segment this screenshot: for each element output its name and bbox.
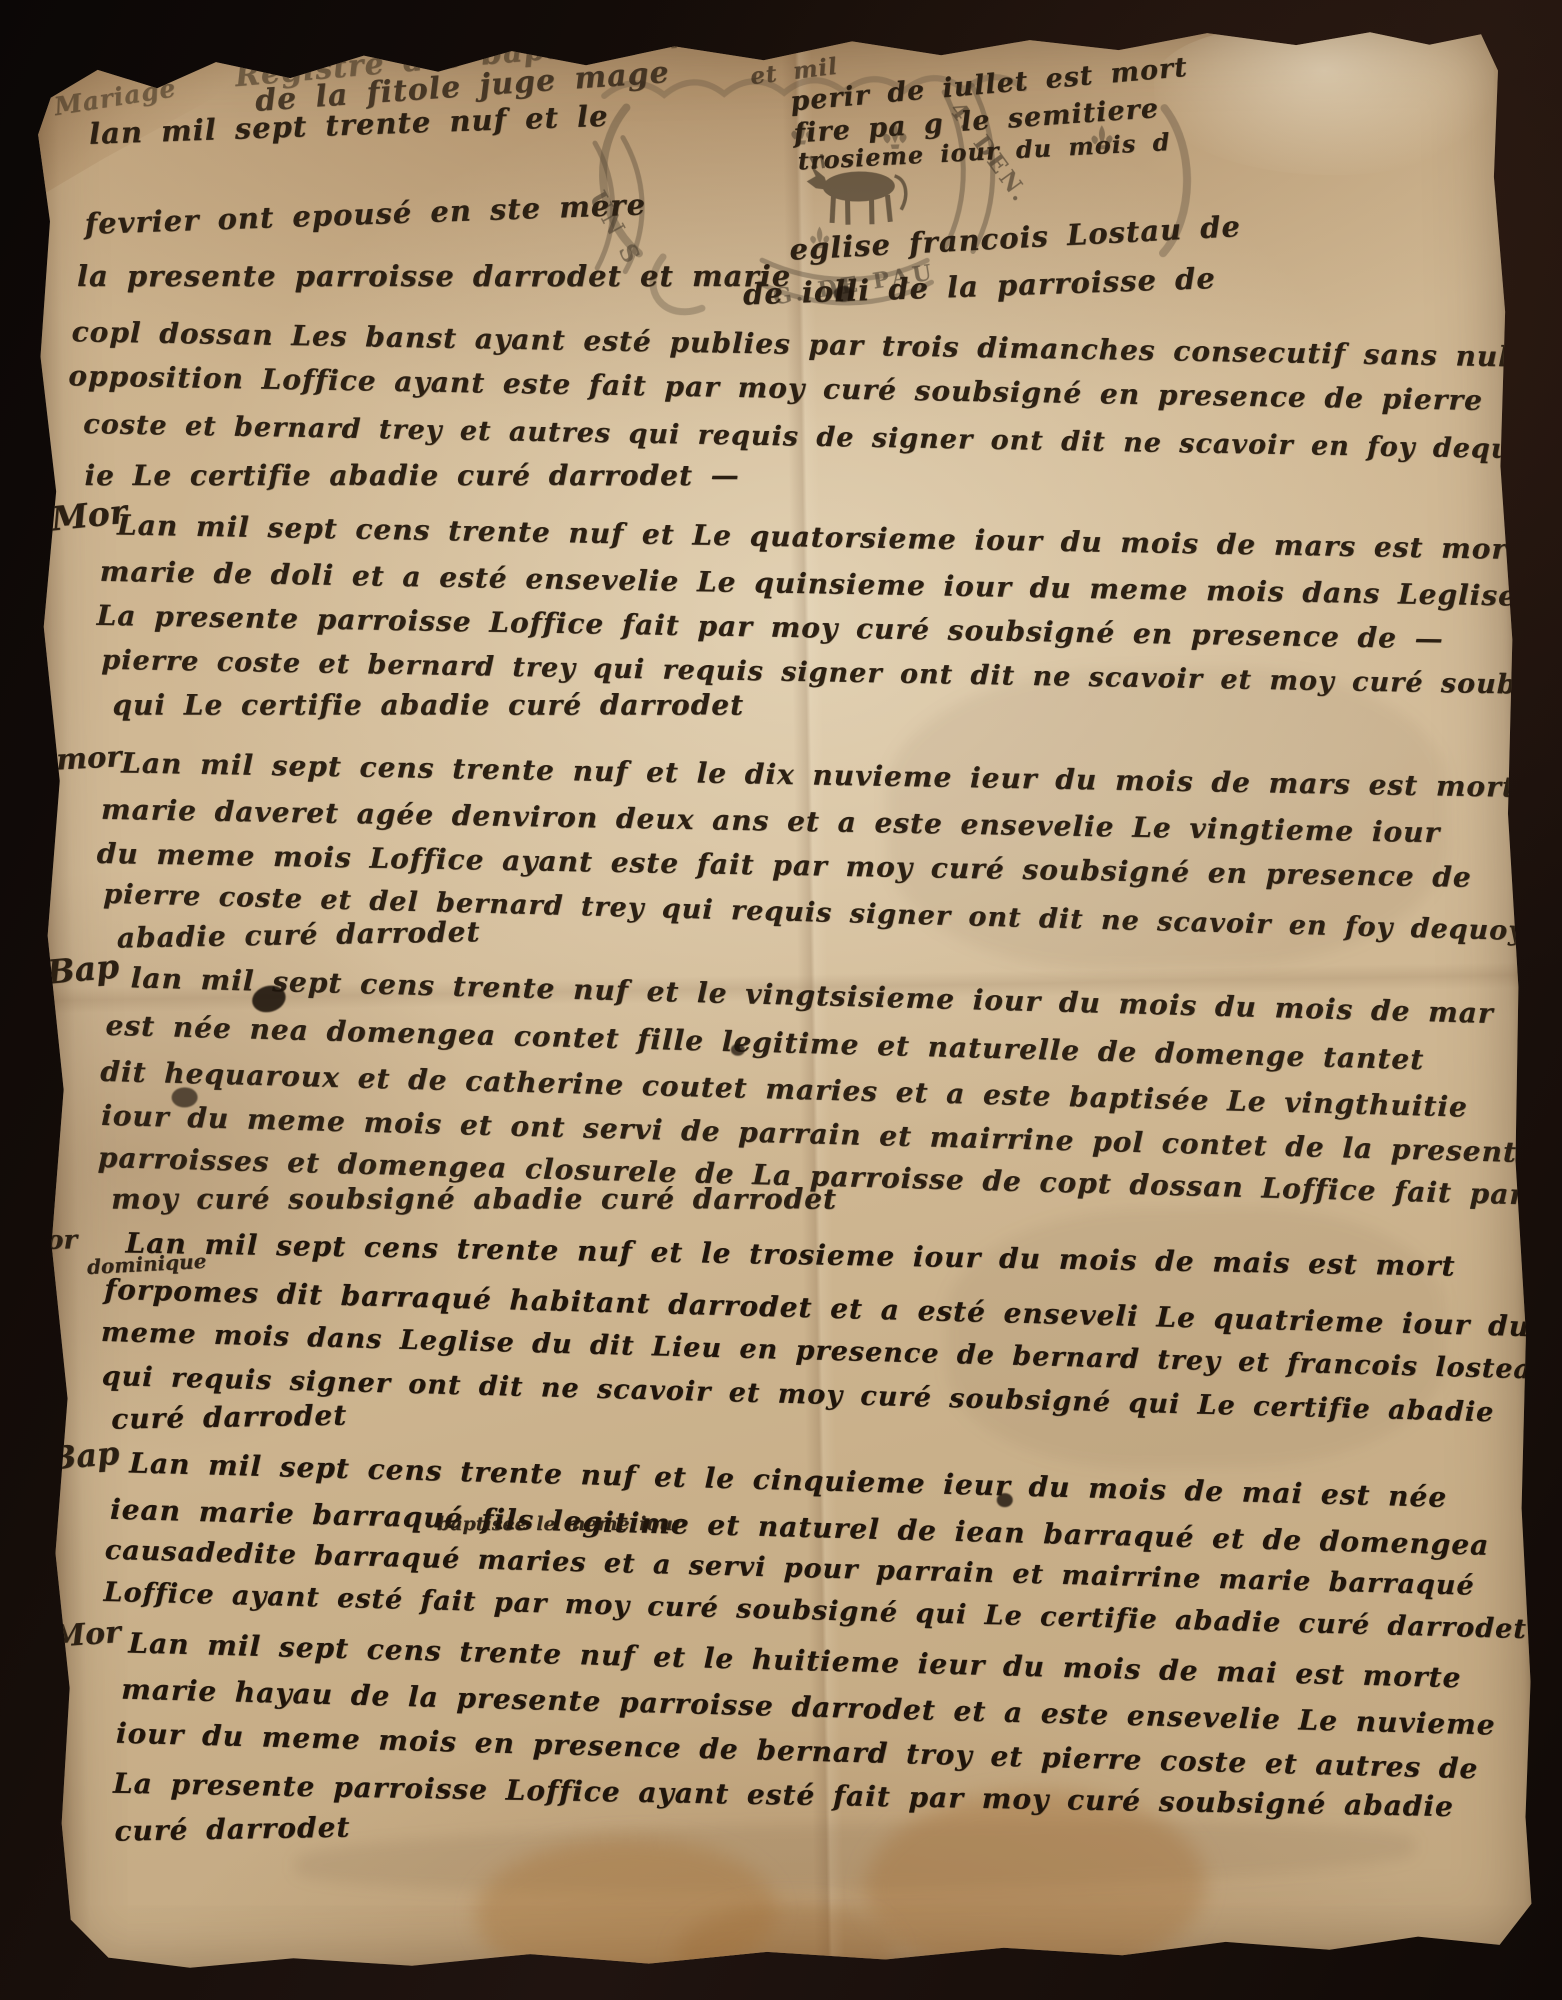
manuscript-line: curé darrodet [114,1811,350,1848]
manuscript-line: Lan mil sept cens trente nuf et le trosi… [125,1226,1455,1282]
manuscript-line: moy curé soubsigné abadie curé darrodet [111,1183,837,1216]
manuscript-line: Bap [48,1434,121,1478]
manuscript-line: fevrier ont epousé en ste mere [84,187,646,241]
manuscript-line: Lan mil sept cens trente nuf et le dix n… [121,746,1535,804]
manuscript-line: de iolli de la parroisse de [742,261,1216,311]
manuscript-line: Lan mil sept cens trente nuf et Le quato… [117,508,1541,566]
manuscript-line: abadie curé darrodet [117,915,481,954]
document-sheet: UN S 4. DEN. G. DE PAU Registre des bapt… [23,22,1536,1978]
manuscript-line: Bap [45,947,120,992]
manuscript-line: mor [55,739,122,776]
manuscript-line: qui Le certifie abadie curé darrodet [112,689,744,722]
photo-background: UN S 4. DEN. G. DE PAU Registre des bapt… [0,0,1562,2000]
manuscript-line: la presente parroisse darrodet et marie [77,259,791,293]
manuscript-line: Mor [51,1615,122,1655]
manuscript-line: ie Le certifie abadie curé darrodet — [84,459,739,492]
manuscript-line: curé darrodet [111,1399,347,1436]
manuscript-line: eglise francois Lostau de [789,209,1242,267]
manuscript-line: baptisée le meme iour [437,1513,683,1535]
manuscript-line: or [46,1225,78,1256]
manuscript-line: coste et bernard trey et autres qui requ… [83,409,1547,466]
manuscript-text-layer: Registre des baptemes mortueresMariagede… [23,22,1536,1978]
